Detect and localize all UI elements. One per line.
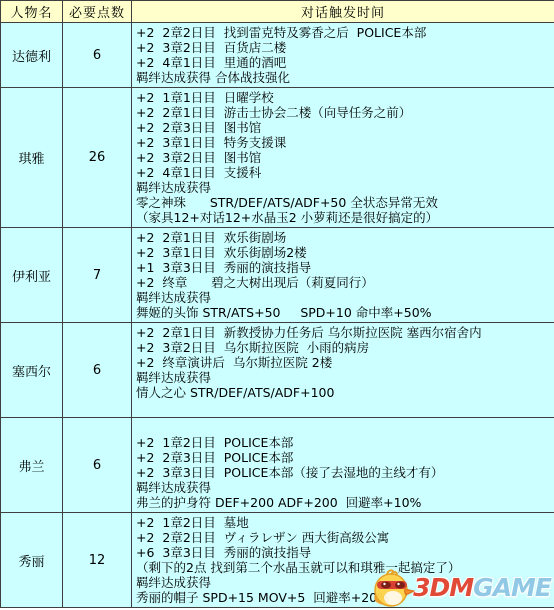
trigger-line: 秀丽的帽子 SPD+15 MOV+5 回避率+20% — [136, 590, 552, 605]
table-row: 达德利 6 +2 2章2日目 找到雷克特及雾香之后 POLICE本部+2 3章2… — [1, 23, 554, 88]
trigger-line: +2 1章2日目 POLICE本部 — [136, 435, 552, 450]
trigger-line: +2 2章3日目 图书馆 — [136, 120, 552, 135]
table-row: 琪雅 26 +2 1章1日目 日曜学校+2 2章1日目 游击士协会二楼（向导任务… — [1, 88, 554, 228]
table-row: 秀丽 12 +2 1章2日目 墓地+2 2章2日目 ヴィラレザン 西大街高级公寓… — [1, 513, 554, 608]
trigger-line: 羁绊达成获得 — [136, 480, 552, 495]
trigger-line: +2 3章1日目 特务支援课 — [136, 135, 552, 150]
trigger-line: +2 2章2日目 ヴィラレザン 西大街高级公寓 — [136, 530, 552, 545]
character-name: 达德利 — [1, 23, 63, 88]
trigger-line: 羁绊达成获得 合体战技强化 — [136, 70, 552, 85]
required-points: 6 — [63, 323, 132, 418]
table-row: 伊利亚 7 +2 2章1日目 欢乐街剧场+2 3章1日目 欢乐街剧场2楼+1 3… — [1, 228, 554, 323]
trigger-line: +2 2章1日目 新教授协力任务后 乌尔斯拉医院 塞西尔宿舍内 — [136, 325, 552, 340]
trigger-line: +2 1章2日目 墓地 — [136, 515, 552, 530]
trigger-line: +2 3章2日目 百货店二楼 — [136, 40, 552, 55]
trigger-line: 情人之心 STR/DEF/ATS/ADF+100 — [136, 385, 552, 400]
trigger-line: 羁绊达成获得 — [136, 180, 552, 195]
column-header-trigger-time: 对话触发时间 — [132, 1, 554, 23]
character-name: 弗兰 — [1, 418, 63, 513]
trigger-line: +2 4章1日目 里通的酒吧 — [136, 55, 552, 70]
character-name: 秀丽 — [1, 513, 63, 608]
trigger-line — [136, 400, 552, 415]
trigger-line: +2 3章2日目 图书馆 — [136, 150, 552, 165]
trigger-lines: +2 2章2日目 找到雷克特及雾香之后 POLICE本部+2 3章2日目 百货店… — [132, 23, 554, 88]
trigger-lines: +2 1章2日目 墓地+2 2章2日目 ヴィラレザン 西大街高级公寓+6 3章3… — [132, 513, 554, 608]
required-points: 12 — [63, 513, 132, 608]
column-header-points: 必要点数 — [63, 1, 132, 23]
trigger-line — [136, 420, 552, 435]
trigger-lines: +2 1章2日目 POLICE本部+2 2章3日目 POLICE本部+2 3章3… — [132, 418, 554, 513]
table-row: 塞西尔 6 +2 2章1日目 新教授协力任务后 乌尔斯拉医院 塞西尔宿舍内+2 … — [1, 323, 554, 418]
character-name: 伊利亚 — [1, 228, 63, 323]
required-points: 7 — [63, 228, 132, 323]
trigger-line: +2 3章1日目 欢乐街剧场2楼 — [136, 245, 552, 260]
trigger-line: 羁绊达成获得 — [136, 575, 552, 590]
trigger-line: 舞姬的头饰 STR/ATS+50 SPD+10 命中率+50% — [136, 305, 552, 320]
trigger-lines: +2 2章1日目 新教授协力任务后 乌尔斯拉医院 塞西尔宿舍内+2 3章2日目 … — [132, 323, 554, 418]
character-name: 琪雅 — [1, 88, 63, 228]
trigger-line: +2 2章2日目 找到雷克特及雾香之后 POLICE本部 — [136, 25, 552, 40]
required-points: 6 — [63, 23, 132, 88]
trigger-line: 羁绊达成获得 — [136, 370, 552, 385]
table-header-row: 人物名 必要点数 对话触发时间 — [1, 1, 554, 23]
trigger-lines: +2 2章1日目 欢乐街剧场+2 3章1日目 欢乐街剧场2楼+1 3章3日目 秀… — [132, 228, 554, 323]
trigger-line: +2 终章演讲后 乌尔斯拉医院 2楼 — [136, 355, 552, 370]
trigger-lines: +2 1章1日目 日曜学校+2 2章1日目 游击士协会二楼（向导任务之前）+2 … — [132, 88, 554, 228]
trigger-line: （剩下的2点 找到第二个水晶玉就可以和琪雅一起搞定了） — [136, 560, 552, 575]
trigger-line: +1 3章3日目 秀丽的演技指导 — [136, 260, 552, 275]
trigger-line: +2 1章1日目 日曜学校 — [136, 90, 552, 105]
bond-dialogue-table: 人物名 必要点数 对话触发时间 达德利 6 +2 2章2日目 找到雷克特及雾香之… — [0, 0, 554, 608]
trigger-line: 零之神珠 STR/DEF/ATS/ADF+50 全状态异常无效 — [136, 195, 552, 210]
required-points: 6 — [63, 418, 132, 513]
table-row: 弗兰 6 +2 1章2日目 POLICE本部+2 2章3日目 POLICE本部+… — [1, 418, 554, 513]
column-header-character: 人物名 — [1, 1, 63, 23]
trigger-line: +2 2章1日目 欢乐街剧场 — [136, 230, 552, 245]
trigger-line: +2 4章1日目 支援科 — [136, 165, 552, 180]
trigger-line: +6 3章3日目 秀丽的演技指导 — [136, 545, 552, 560]
trigger-line: +2 2章3日目 POLICE本部 — [136, 450, 552, 465]
trigger-line: +2 终章 碧之大树出现后（莉夏同行） — [136, 275, 552, 290]
trigger-line: +2 3章2日目 乌尔斯拉医院 小雨的病房 — [136, 340, 552, 355]
trigger-line: 弗兰的护身符 DEF+200 ADF+200 回避率+10% — [136, 495, 552, 510]
character-name: 塞西尔 — [1, 323, 63, 418]
trigger-line: （家具12+对话12+水晶玉2 小萝莉还是很好搞定的） — [136, 210, 552, 225]
trigger-line: +2 3章3日目 POLICE本部（接了去湿地的主线才有） — [136, 465, 552, 480]
trigger-line: 羁绊达成获得 — [136, 290, 552, 305]
required-points: 26 — [63, 88, 132, 228]
trigger-line: +2 2章1日目 游击士协会二楼（向导任务之前） — [136, 105, 552, 120]
